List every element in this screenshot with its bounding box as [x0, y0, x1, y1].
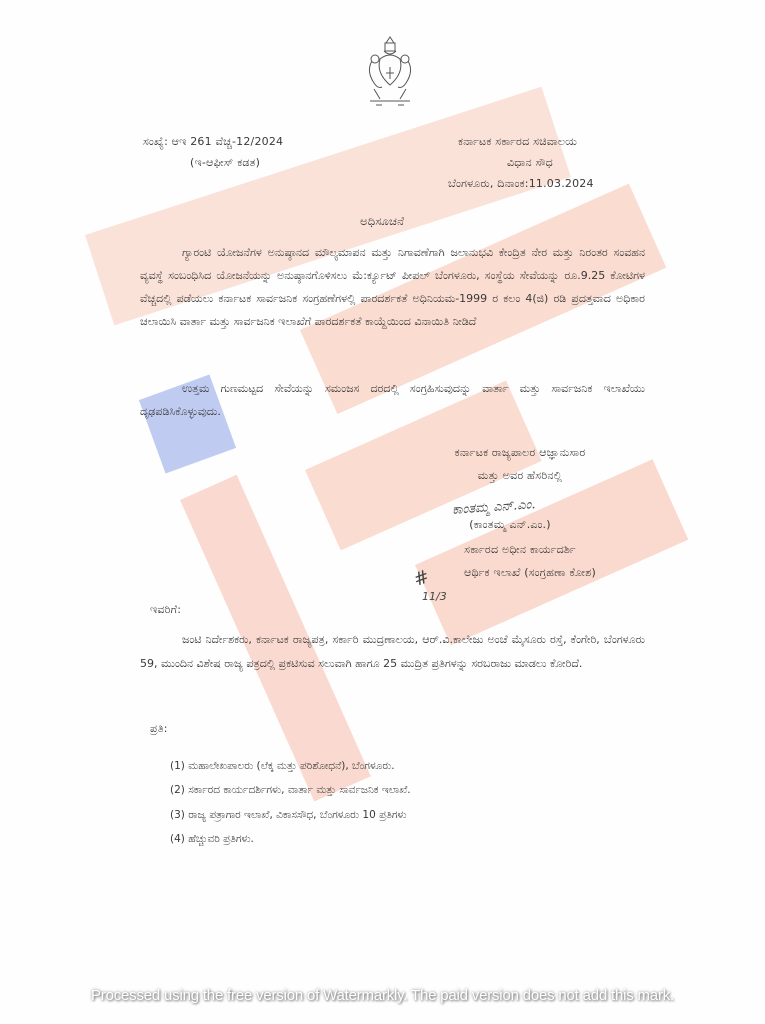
- document-page: ಸಂಖ್ಯೆ: ಆಇ 261 ವೆಚ್ಚ-12/2024 (ಇ-ಆಫೀಸ್ ಕಡ…: [0, 0, 765, 1024]
- initials-date: 11/3: [422, 590, 447, 603]
- document-title: ಅಧಿಸೂಚನೆ: [360, 214, 404, 229]
- signatory-designation: ಸರ್ಕಾರದ ಅಧೀನ ಕಾರ್ಯದರ್ಶಿ: [420, 543, 620, 557]
- reference-note: (ಇ-ಆಫೀಸ್ ಕಡತ): [190, 156, 260, 170]
- recipient-text-body: ಜಂಟಿ ನಿರ್ದೇಶಕರು, ಕರ್ನಾಟಕ ರಾಜ್ಯಪತ್ರ, ಸರ್ಕ…: [140, 633, 645, 670]
- office-building: ವಿಧಾನ ಸೌಧ: [507, 156, 553, 170]
- office-name: ಕರ್ನಾಟಕ ಸರ್ಕಾರದ ಸಚಿವಾಲಯ: [458, 135, 577, 149]
- copy-list-item: (4) ಹೆಚ್ಚುವರಿ ಪ್ರತಿಗಳು.: [170, 833, 254, 846]
- reference-number: ಸಂಖ್ಯೆ: ಆಇ 261 ವೆಚ್ಚ-12/2024: [143, 135, 283, 149]
- handwritten-signature: ಕಾಂತಮ್ಮ ಎನ್.ಎಂ.: [452, 497, 536, 518]
- recipient-label: ಇವರಿಗೆ:: [150, 603, 181, 617]
- body-paragraph-1: ಗ್ಯಾರಂಟಿ ಯೋಜನೆಗಳ ಅನುಷ್ಠಾನದ ಮೌಲ್ಯಮಾಪನ ಮತ್…: [140, 241, 645, 333]
- by-order-line-1: ಕರ್ನಾಟಕ ರಾಜ್ಯಪಾಲರ ಆಜ್ಞಾನುಸಾರ: [420, 446, 620, 460]
- signatory-name: (ಕಾಂತಮ್ಮ ಎನ್.ಎಂ.): [430, 518, 590, 532]
- place-date: ಬೆಂಗಳೂರು, ದಿನಾಂಕ:11.03.2024: [448, 177, 594, 191]
- recipient-text: ಜಂಟಿ ನಿರ್ದೇಶಕರು, ಕರ್ನಾಟಕ ರಾಜ್ಯಪತ್ರ, ಸರ್ಕ…: [140, 628, 645, 676]
- by-order-line-2: ಮತ್ತು ಅವರ ಹೆಸರಿನಲ್ಲಿ: [420, 469, 620, 483]
- signatory-department: ಆರ್ಥಿಕ ಇಲಾಖೆ (ಸಂಗ್ರಹಣಾ ಕೋಶ): [430, 566, 630, 580]
- body-paragraph-2-text: ಉತ್ತಮ ಗುಣಮಟ್ಟದ ಸೇವೆಯನ್ನು ಸಮಂಜಸ ದರದಲ್ಲಿ ಸ…: [140, 382, 645, 418]
- body-paragraph-2: ಉತ್ತಮ ಗುಣಮಟ್ಟದ ಸೇವೆಯನ್ನು ಸಮಂಜಸ ದರದಲ್ಲಿ ಸ…: [140, 377, 645, 423]
- copy-list-item: (1) ಮಹಾಲೇಖಪಾಲರು (ಲೆಕ್ಕ ಮತ್ತು ಪರಿಶೋಧನೆ), …: [170, 760, 395, 773]
- watermark-notice: Processed using the free version of Wate…: [0, 987, 765, 1004]
- state-emblem-icon: [366, 35, 414, 113]
- copies-label: ಪ್ರತಿ:: [150, 722, 168, 736]
- body-paragraph-1-text: ಗ್ಯಾರಂಟಿ ಯೋಜನೆಗಳ ಅನುಷ್ಠಾನದ ಮೌಲ್ಯಮಾಪನ ಮತ್…: [140, 246, 645, 328]
- copy-list-item: (2) ಸರ್ಕಾರದ ಕಾರ್ಯದರ್ಶಿಗಳು, ವಾರ್ತಾ ಮತ್ತು …: [170, 784, 411, 797]
- copy-list-item: (3) ರಾಜ್ಯ ಪತ್ರಾಗಾರ ಇಲಾಖೆ, ವಿಕಾಸಸೌಧ, ಬೆಂಗ…: [170, 809, 407, 822]
